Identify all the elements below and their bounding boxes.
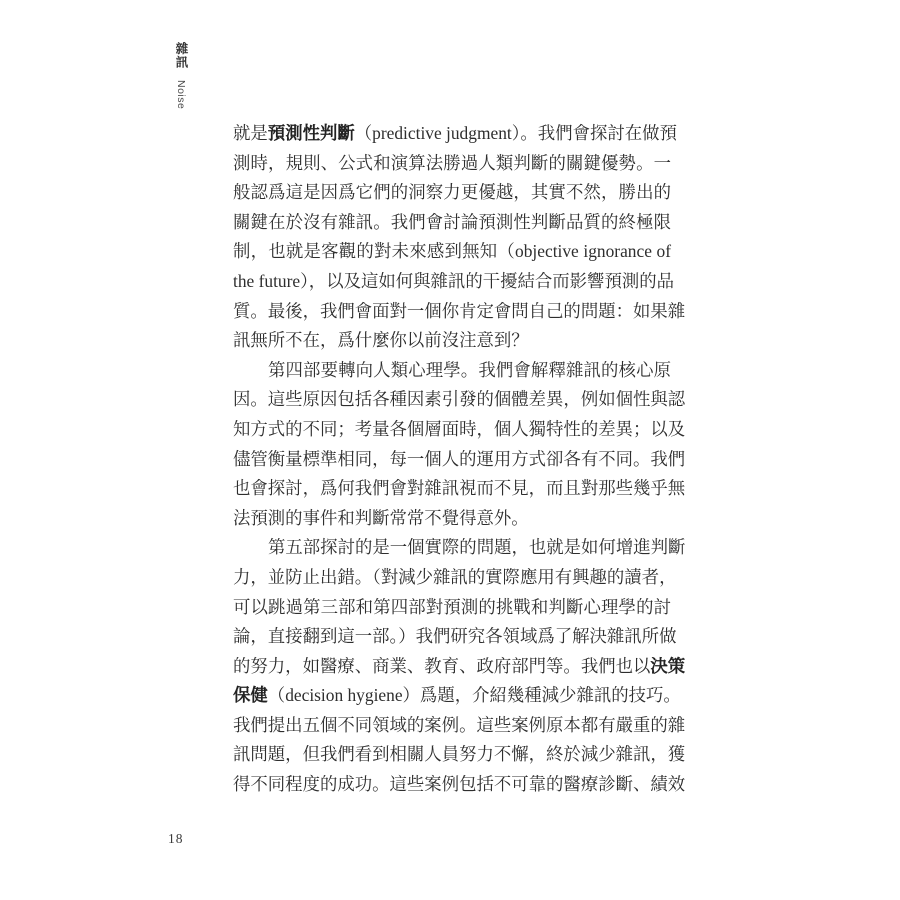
text-line: 可以跳過第三部和第四部對預測的挑戰和判斷心理學的討 (233, 593, 671, 623)
text-segment: 訊無所不在，爲什麼你以前沒注意到？ (233, 330, 529, 350)
text-line: 測時，規則、公式和演算法勝過人類判斷的關鍵優勢。一 (233, 149, 671, 179)
text-line: 力，並防止出錯。（對減少雜訊的實際應用有興趣的讀者， (233, 563, 671, 593)
text-line: 知方式的不同；考量各個層面時，個人獨特性的差異；以及 (233, 415, 671, 445)
text-segment: 制，也就是客觀的對未來感到無知（objective ignorance of (233, 241, 671, 261)
bold-text-segment: 保健 (233, 685, 268, 705)
text-segment: 般認爲這是因爲它們的洞察力更優越，其實不然，勝出的 (233, 182, 671, 202)
text-line: 我們提出五個不同領域的案例。這些案例原本都有嚴重的雜 (233, 711, 671, 741)
text-segment: 關鍵在於沒有雜訊。我們會討論預測性判斷品質的終極限 (233, 212, 671, 232)
page-number: 18 (168, 831, 184, 847)
text-segment: 得不同程度的成功。這些案例包括不可靠的醫療診斷、績效 (233, 774, 685, 794)
text-segment: 力，並防止出錯。（對減少雜訊的實際應用有興趣的讀者， (233, 567, 676, 587)
text-line: 儘管衡量標準相同，每一個人的運用方式卻各有不同。我們 (233, 445, 671, 475)
text-line: 的努力，如醫療、商業、教育、政府部門等。我們也以決策 (233, 652, 671, 682)
text-line: 就是預測性判斷（predictive judgment）。我們會探討在做預 (233, 119, 671, 149)
text-segment: 訊問題，但我們看到相關人員努力不懈，終於減少雜訊，獲 (233, 744, 685, 764)
text-segment: 因。這些原因包括各種因素引發的個體差異，例如個性與認 (233, 389, 685, 409)
text-line: 關鍵在於沒有雜訊。我們會討論預測性判斷品質的終極限 (233, 208, 671, 238)
text-segment: the future），以及這如何與雜訊的干擾結合而影響預測的品 (233, 271, 674, 291)
text-line: 制，也就是客觀的對未來感到無知（objective ignorance of (233, 237, 671, 267)
text-line: 般認爲這是因爲它們的洞察力更優越，其實不然，勝出的 (233, 178, 671, 208)
text-segment: 論，直接翻到這一部。）我們研究各領域爲了解決雜訊所做 (233, 626, 676, 646)
text-line: 第五部探討的是一個實際的問題，也就是如何增進判斷 (233, 533, 671, 563)
text-segment: （decision hygiene）爲題，介紹幾種減少雜訊的技巧。 (268, 685, 681, 705)
text-line: 質。最後，我們會面對一個你肯定會問自己的問題：如果雜 (233, 297, 671, 327)
text-segment: 可以跳過第三部和第四部對預測的挑戰和判斷心理學的討 (233, 597, 671, 617)
book-page: 雜訊 Noise 就是預測性判斷（predictive judgment）。我們… (0, 0, 900, 900)
body-text: 就是預測性判斷（predictive judgment）。我們會探討在做預測時，… (233, 119, 671, 800)
text-line: 第四部要轉向人類心理學。我們會解釋雜訊的核心原 (233, 356, 671, 386)
text-segment: 就是 (233, 123, 268, 143)
text-line: 也會探討，爲何我們會對雜訊視而不見，而且對那些幾乎無 (233, 474, 671, 504)
text-segment: 第五部探討的是一個實際的問題，也就是如何增進判斷 (268, 537, 685, 557)
running-header: 雜訊 Noise (172, 42, 190, 112)
text-line: 論，直接翻到這一部。）我們研究各領域爲了解決雜訊所做 (233, 622, 671, 652)
text-segment: （predictive judgment）。我們會探討在做預 (355, 123, 677, 143)
text-segment: 儘管衡量標準相同，每一個人的運用方式卻各有不同。我們 (233, 449, 685, 469)
text-line: 法預測的事件和判斷常常不覺得意外。 (233, 504, 671, 534)
text-line: the future），以及這如何與雜訊的干擾結合而影響預測的品 (233, 267, 671, 297)
text-line: 保健（decision hygiene）爲題，介紹幾種減少雜訊的技巧。 (233, 681, 671, 711)
text-line: 得不同程度的成功。這些案例包括不可靠的醫療診斷、績效 (233, 770, 671, 800)
text-segment: 知方式的不同；考量各個層面時，個人獨特性的差異；以及 (233, 419, 685, 439)
book-title-cjk: 雜訊 (174, 42, 188, 69)
bold-text-segment: 預測性判斷 (268, 123, 355, 143)
text-line: 訊無所不在，爲什麼你以前沒注意到？ (233, 326, 671, 356)
text-segment: 也會探討，爲何我們會對雜訊視而不見，而且對那些幾乎無 (233, 478, 685, 498)
text-line: 因。這些原因包括各種因素引發的個體差異，例如個性與認 (233, 385, 671, 415)
text-segment: 測時，規則、公式和演算法勝過人類判斷的關鍵優勢。一 (233, 153, 671, 173)
text-segment: 的努力，如醫療、商業、教育、政府部門等。我們也以 (233, 656, 650, 676)
text-segment: 法預測的事件和判斷常常不覺得意外。 (233, 508, 529, 528)
text-line: 訊問題，但我們看到相關人員努力不懈，終於減少雜訊，獲 (233, 740, 671, 770)
book-title-latin: Noise (175, 80, 187, 109)
bold-text-segment: 決策 (650, 656, 685, 676)
text-segment: 我們提出五個不同領域的案例。這些案例原本都有嚴重的雜 (233, 715, 685, 735)
text-segment: 質。最後，我們會面對一個你肯定會問自己的問題：如果雜 (233, 301, 685, 321)
text-segment: 第四部要轉向人類心理學。我們會解釋雜訊的核心原 (268, 360, 671, 380)
